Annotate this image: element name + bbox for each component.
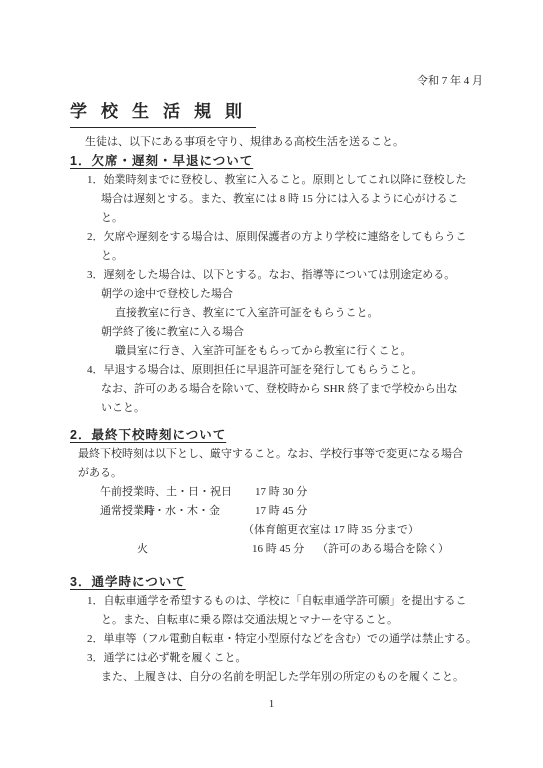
s3-item1-line2: と。また、自転車に乗る際は交通法規とマナーを守ること。 [101,611,543,630]
document-title: 学校生活規則 [70,99,543,128]
s2-para-line1: 最終下校時刻は以下とし、厳守すること。なお、学校行事等で変更になる場合 [78,445,543,464]
schedule-row-1: 午前授業時、土・日・祝日 17 時 30 分 [0,483,543,502]
section3-heading: 3．通学時について [70,573,543,592]
s1-item1-line2: 場合は遅刻とする。また、教室には 8 時 15 分には入るように心がけるこ [101,190,543,209]
s3-item2-line1: 2．単車等（フル電動自転車・特定小型原付などを含む）での通学は禁止する。 [87,630,543,649]
s1-item2-line1: 2．欠席や遅刻をする場合は、原則保護者の方より学校に連絡をしてもらうこ [87,228,543,247]
s1-item3-case1-action: 直接教室に行き、教室にて入室許可証をもらうこと。 [115,304,543,323]
s1-item3-case2-action: 職員室に行き、入室許可証をもらってから教室に行くこと。 [115,342,543,361]
schedule-row-2: 通常授業時 月・水・木・金 17 時 45 分 [0,502,543,521]
section1-heading: 1．欠席・遅刻・早退について [70,152,543,171]
s3-item3-line1: 3．通学には必ず靴を履くこと。 [87,649,543,668]
s1-item4-line2: なお、許可のある場合を除いて、登校時から SHR 終了まで学校から出な [101,380,543,399]
schedule-row3-note: （体育館更衣室は 17 時 35 分まで） [243,521,419,540]
s1-item3-line1: 3．遅刻をした場合は、以下とする。なお、指導等については別途定める。 [87,266,543,285]
schedule-row4-label: 火 [137,540,148,559]
s1-item4-line3: いこと。 [101,399,543,418]
s1-item3-case1: 朝学の途中で登校した場合 [101,285,543,304]
schedule-row4-note: （許可のある場合を除く） [317,540,449,559]
schedule-row4-time: 16 時 45 分 [252,540,304,559]
s1-item1-line1: 1．始業時刻までに登校し、教室に入ること。原則としてこれ以降に登校した [87,171,543,190]
schedule-row-4: 火 16 時 45 分 （許可のある場合を除く） [0,540,543,559]
schedule-row2-time: 17 時 45 分 [255,502,307,521]
schedule-row-3: （体育館更衣室は 17 時 35 分まで） [0,521,543,540]
s2-para-line2: がある。 [78,464,543,483]
s1-item4-line1: 4．早退する場合は、原則担任に早退許可証を発行してもらうこと。 [87,361,543,380]
schedule-row2-days: 月・水・木・金 [143,502,220,521]
s1-item1-line3: と。 [101,209,543,228]
page-number: 1 [0,695,543,714]
s1-item3-case2: 朝学終了後に教室に入る場合 [101,323,543,342]
intro-text: 生徒は、以下にある事項を守り、規律ある高校生活を送ること。 [85,133,543,152]
s3-item1-line1: 1．自転車通学を希望するものは、学校に「自転車通学許可願」を提出するこ [87,592,543,611]
schedule-row1-time: 17 時 30 分 [255,483,307,502]
document-page: 令和 7 年 4 月 学校生活規則 生徒は、以下にある事項を守り、規律ある高校生… [0,0,543,768]
s1-item2-line2: と。 [101,247,543,266]
section2-heading: 2．最終下校時刻について [70,426,543,445]
schedule-row1-label: 午前授業時、土・日・祝日 [100,483,232,502]
issue-date: 令和 7 年 4 月 [0,72,543,91]
s3-item3-line2: また、上履きは、自分の名前を明記した学年別の所定のものを履くこと。 [101,668,543,687]
